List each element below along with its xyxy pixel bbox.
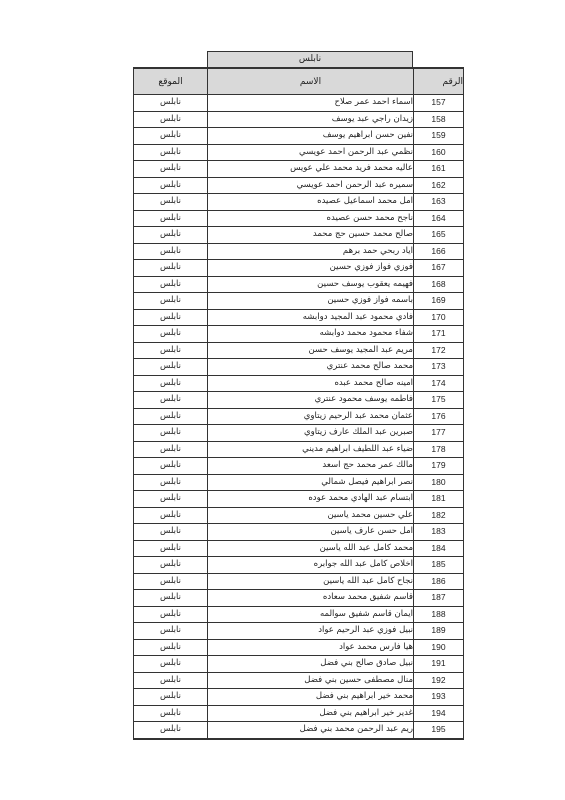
table-row: 190هيا فارس محمد عوادنابلس [134, 639, 464, 656]
row-location: نابلس [134, 227, 208, 244]
row-name: اخلاص كامل عبد الله جوابره [208, 557, 414, 574]
row-location: نابلس [134, 95, 208, 112]
table-row: 195ريم عبد الرحمن محمد بني فضلنابلس [134, 722, 464, 739]
row-number: 175 [414, 392, 464, 409]
table-row: 163امل محمد اسماعيل عصيدهنابلس [134, 194, 464, 211]
row-location: نابلس [134, 656, 208, 673]
row-location: نابلس [134, 309, 208, 326]
row-name: محمد خير ابراهيم بني فضل [208, 689, 414, 706]
table-row: 161عاليه محمد فريد محمد علي عويسنابلس [134, 161, 464, 178]
row-number: 176 [414, 408, 464, 425]
row-location: نابلس [134, 425, 208, 442]
row-number: 184 [414, 540, 464, 557]
row-location: نابلس [134, 342, 208, 359]
row-name: ايمان قاسم شفيق سوالمه [208, 606, 414, 623]
header-number: الرقم [414, 68, 464, 95]
row-number: 178 [414, 441, 464, 458]
table-row: 178ضياء عبد اللطيف ابراهيم مدينينابلس [134, 441, 464, 458]
row-location: نابلس [134, 161, 208, 178]
header-location: الموقع [134, 68, 208, 95]
row-location: نابلس [134, 128, 208, 145]
table-row: 192منال مصطفى حسين بني فضلنابلس [134, 672, 464, 689]
table-row: 185اخلاص كامل عبد الله جوابرهنابلس [134, 557, 464, 574]
row-number: 187 [414, 590, 464, 607]
row-number: 185 [414, 557, 464, 574]
row-number: 177 [414, 425, 464, 442]
row-number: 192 [414, 672, 464, 689]
row-name: مالك عمر محمد حج اسعد [208, 458, 414, 475]
row-number: 168 [414, 276, 464, 293]
row-name: صبرين عبد الملك عارف زيتاوي [208, 425, 414, 442]
table-row: 157اسماء احمد عمر صلاحنابلس [134, 95, 464, 112]
row-number: 195 [414, 722, 464, 739]
row-location: نابلس [134, 194, 208, 211]
header-name: الاسم [208, 68, 414, 95]
table-row: 167فوزي فواز فوزي حسيننابلس [134, 260, 464, 277]
row-number: 190 [414, 639, 464, 656]
table-row: 187قاسم شفيق محمد سعادهنابلس [134, 590, 464, 607]
row-location: نابلس [134, 491, 208, 508]
table-row: 164ناجح محمد حسن عصيدهنابلس [134, 210, 464, 227]
row-number: 191 [414, 656, 464, 673]
row-location: نابلس [134, 243, 208, 260]
row-name: نفين حسن ابراهيم يوسف [208, 128, 414, 145]
row-number: 160 [414, 144, 464, 161]
row-name: اسماء احمد عمر صلاح [208, 95, 414, 112]
row-location: نابلس [134, 276, 208, 293]
row-number: 181 [414, 491, 464, 508]
table-row: 177صبرين عبد الملك عارف زيتاوينابلس [134, 425, 464, 442]
row-name: نجاح كامل عبد الله ياسين [208, 573, 414, 590]
row-number: 162 [414, 177, 464, 194]
row-location: نابلس [134, 540, 208, 557]
row-number: 169 [414, 293, 464, 310]
row-location: نابلس [134, 392, 208, 409]
row-number: 173 [414, 359, 464, 376]
row-name: ابتسام عبد الهادي محمد عوده [208, 491, 414, 508]
row-location: نابلس [134, 590, 208, 607]
row-name: فهيمه يعقوب يوسف حسين [208, 276, 414, 293]
row-name: سميره عبد الرحمن احمد عويسي [208, 177, 414, 194]
row-location: نابلس [134, 623, 208, 640]
row-name: نصر ابراهيم فيصل شمالي [208, 474, 414, 491]
row-location: نابلس [134, 408, 208, 425]
row-name: فادي محمود عبد المجيد دوابشه [208, 309, 414, 326]
row-location: نابلس [134, 474, 208, 491]
row-number: 189 [414, 623, 464, 640]
table-row: 184محمد كامل عبد الله ياسيننابلس [134, 540, 464, 557]
table-row: 158زيدان راجي عبد يوسفنابلس [134, 111, 464, 128]
row-name: مريم عبد المجيد يوسف حسن [208, 342, 414, 359]
table-row: 182علي حسين محمد ياسيننابلس [134, 507, 464, 524]
row-number: 167 [414, 260, 464, 277]
row-name: باسمه فواز فوزي حسين [208, 293, 414, 310]
row-location: نابلس [134, 639, 208, 656]
table-row: 168فهيمه يعقوب يوسف حسيننابلس [134, 276, 464, 293]
table-row: 193محمد خير ابراهيم بني فضلنابلس [134, 689, 464, 706]
row-name: قاسم شفيق محمد سعاده [208, 590, 414, 607]
row-number: 159 [414, 128, 464, 145]
row-name: شفاء محمود محمد دوابشه [208, 326, 414, 343]
header-row: الرقم الاسم الموقع [134, 68, 464, 95]
row-name: محمد صالح محمد عنتري [208, 359, 414, 376]
row-number: 158 [414, 111, 464, 128]
row-location: نابلس [134, 573, 208, 590]
table-row: 175فاطمه يوسف محمود عنترينابلس [134, 392, 464, 409]
table-row: 183امل حسن عارف ياسيننابلس [134, 524, 464, 541]
row-number: 166 [414, 243, 464, 260]
row-name: نظمي عبد الرحمن احمد عويسي [208, 144, 414, 161]
row-number: 164 [414, 210, 464, 227]
table-row: 176عثمان محمد عبد الرحيم زيتاوينابلس [134, 408, 464, 425]
table-row: 181ابتسام عبد الهادي محمد عودهنابلس [134, 491, 464, 508]
row-location: نابلس [134, 144, 208, 161]
row-name: علي حسين محمد ياسين [208, 507, 414, 524]
table-body: 157اسماء احمد عمر صلاحنابلس158زيدان راجي… [134, 95, 464, 739]
row-number: 170 [414, 309, 464, 326]
row-name: ناجح محمد حسن عصيده [208, 210, 414, 227]
row-name: صالح محمد حسين حج محمد [208, 227, 414, 244]
row-name: نبيل صادق صالح بني فضل [208, 656, 414, 673]
row-name: منال مصطفى حسين بني فضل [208, 672, 414, 689]
table-row: 160نظمي عبد الرحمن احمد عويسينابلس [134, 144, 464, 161]
row-number: 183 [414, 524, 464, 541]
row-location: نابلس [134, 326, 208, 343]
table-row: 179مالك عمر محمد حج اسعدنابلس [134, 458, 464, 475]
table-row: 186نجاح كامل عبد الله ياسيننابلس [134, 573, 464, 590]
row-number: 157 [414, 95, 464, 112]
row-name: ضياء عبد اللطيف ابراهيم مديني [208, 441, 414, 458]
names-table: الرقم الاسم الموقع 157اسماء احمد عمر صلا… [133, 67, 464, 740]
row-number: 172 [414, 342, 464, 359]
row-location: نابلس [134, 458, 208, 475]
table-row: 162سميره عبد الرحمن احمد عويسينابلس [134, 177, 464, 194]
row-location: نابلس [134, 722, 208, 739]
table-row: 194غدير خير ابراهيم بني فضلنابلس [134, 705, 464, 722]
row-location: نابلس [134, 359, 208, 376]
row-name: فوزي فواز فوزي حسين [208, 260, 414, 277]
row-number: 186 [414, 573, 464, 590]
row-name: نبيل فوزي عبد الرحيم عواد [208, 623, 414, 640]
table-row: 180نصر ابراهيم فيصل شمالينابلس [134, 474, 464, 491]
table-row: 169باسمه فواز فوزي حسيننابلس [134, 293, 464, 310]
table-row: 174امينه صالح محمد عبدهنابلس [134, 375, 464, 392]
row-number: 161 [414, 161, 464, 178]
row-location: نابلس [134, 375, 208, 392]
row-number: 193 [414, 689, 464, 706]
row-number: 174 [414, 375, 464, 392]
row-number: 188 [414, 606, 464, 623]
row-number: 182 [414, 507, 464, 524]
row-number: 163 [414, 194, 464, 211]
table-row: 170فادي محمود عبد المجيد دوابشهنابلس [134, 309, 464, 326]
row-name: امل محمد اسماعيل عصيده [208, 194, 414, 211]
row-number: 180 [414, 474, 464, 491]
row-name: امل حسن عارف ياسين [208, 524, 414, 541]
row-name: زيدان راجي عبد يوسف [208, 111, 414, 128]
row-location: نابلس [134, 111, 208, 128]
row-number: 165 [414, 227, 464, 244]
row-location: نابلس [134, 293, 208, 310]
row-location: نابلس [134, 524, 208, 541]
table-row: 191نبيل صادق صالح بني فضلنابلس [134, 656, 464, 673]
row-number: 171 [414, 326, 464, 343]
row-name: هيا فارس محمد عواد [208, 639, 414, 656]
row-name: غدير خير ابراهيم بني فضل [208, 705, 414, 722]
row-name: عثمان محمد عبد الرحيم زيتاوي [208, 408, 414, 425]
row-location: نابلس [134, 557, 208, 574]
row-location: نابلس [134, 689, 208, 706]
table-row: 189نبيل فوزي عبد الرحيم عوادنابلس [134, 623, 464, 640]
row-location: نابلس [134, 705, 208, 722]
table-row: 173محمد صالح محمد عنترينابلس [134, 359, 464, 376]
row-name: محمد كامل عبد الله ياسين [208, 540, 414, 557]
row-location: نابلس [134, 210, 208, 227]
row-number: 179 [414, 458, 464, 475]
table-row: 188ايمان قاسم شفيق سوالمهنابلس [134, 606, 464, 623]
row-location: نابلس [134, 606, 208, 623]
row-name: اياد ربحي حمد برهم [208, 243, 414, 260]
row-location: نابلس [134, 177, 208, 194]
row-name: عاليه محمد فريد محمد علي عويس [208, 161, 414, 178]
row-name: ريم عبد الرحمن محمد بني فضل [208, 722, 414, 739]
row-name: فاطمه يوسف محمود عنتري [208, 392, 414, 409]
row-location: نابلس [134, 672, 208, 689]
table-row: 171شفاء محمود محمد دوابشهنابلس [134, 326, 464, 343]
row-location: نابلس [134, 441, 208, 458]
row-location: نابلس [134, 260, 208, 277]
table-row: 159نفين حسن ابراهيم يوسفنابلس [134, 128, 464, 145]
table-row: 172مريم عبد المجيد يوسف حسننابلس [134, 342, 464, 359]
table-row: 166اياد ربحي حمد برهمنابلس [134, 243, 464, 260]
row-name: امينه صالح محمد عبده [208, 375, 414, 392]
row-location: نابلس [134, 507, 208, 524]
table-row: 165صالح محمد حسين حج محمدنابلس [134, 227, 464, 244]
region-banner: نابلس [207, 51, 413, 67]
row-number: 194 [414, 705, 464, 722]
